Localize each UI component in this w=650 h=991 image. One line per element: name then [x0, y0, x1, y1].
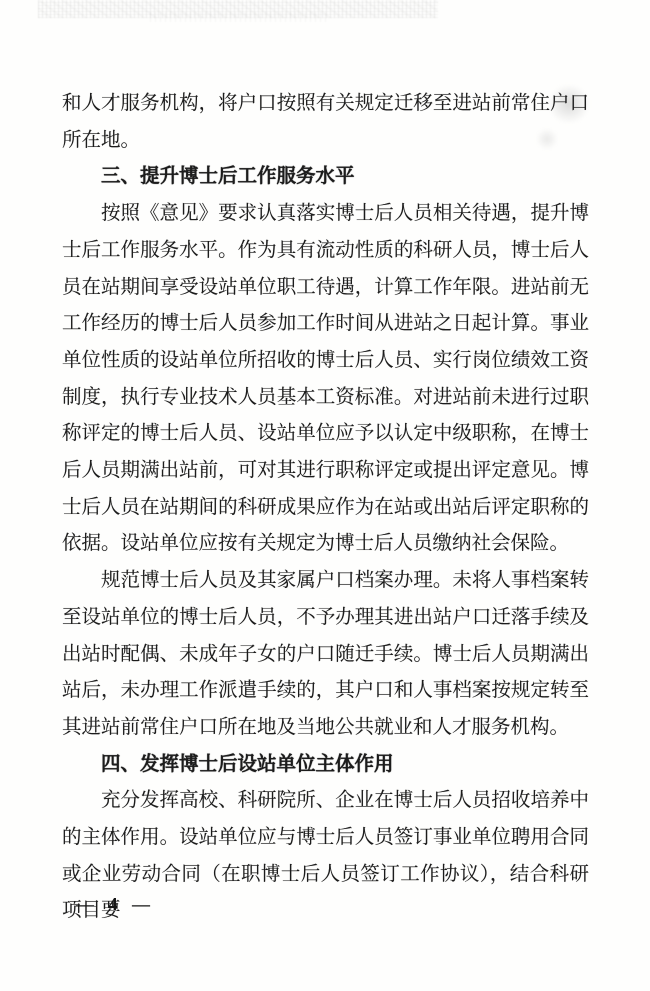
paragraph: 规范博士后人员及其家属户口档案办理。未将人事档案转至设站单位的博士后人员，不予办…	[62, 563, 589, 747]
text-block: 和人才服务机构，将户口按照有关规定迁移至进站前常住户口所在地。三、提升博士后工作…	[62, 86, 589, 930]
section-heading: 四、发挥博士后设站单位主体作用	[62, 747, 589, 784]
section-heading: 三、提升博士后工作服务水平	[62, 159, 589, 196]
scan-noise-artifact	[150, 12, 330, 22]
paragraph: 按照《意见》要求认真落实博士后人员相关待遇，提升博士后工作服务水平。作为具有流动…	[62, 196, 589, 563]
scanned-document-page: 和人才服务机构，将户口按照有关规定迁移至进站前常住户口所在地。三、提升博士后工作…	[0, 0, 650, 991]
paragraph: 和人才服务机构，将户口按照有关规定迁移至进站前常住户口所在地。	[62, 86, 589, 159]
page-number: — 4 —	[76, 894, 155, 915]
